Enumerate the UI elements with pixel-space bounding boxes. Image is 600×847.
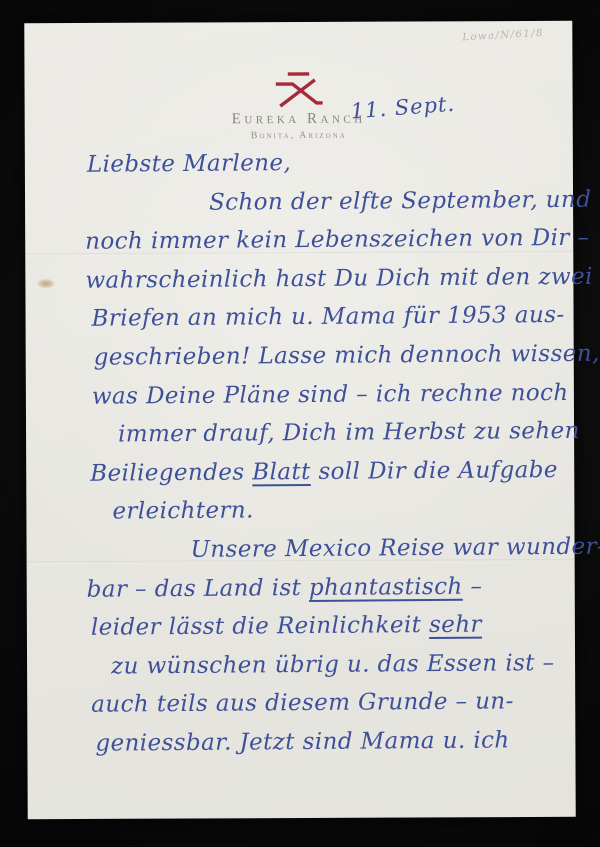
handwritten-line: geniessbar. Jetzt sind Mama u. ich	[61, 721, 573, 764]
underlined-word: sehr	[429, 612, 482, 638]
letterhead-location: Bonita, Arizona	[25, 128, 573, 143]
handwritten-line: Liebste Marlene,	[59, 142, 571, 185]
handwritten-line: geschrieben! Lasse mich dennoch wissen,	[60, 335, 572, 378]
line-text: Beiliegendes	[90, 459, 252, 486]
handwritten-line: was Deine Pläne sind – ich rechne noch	[60, 373, 572, 416]
line-text: geschrieben! Lasse mich dennoch wissen,	[94, 341, 600, 371]
line-text: Briefen an mich u. Mama für 1953 aus-	[91, 302, 564, 332]
line-text: –	[463, 573, 483, 599]
handwritten-line: leider lässt die Reinlichkeit sehr	[61, 605, 573, 648]
underlined-word: Blatt	[252, 459, 311, 485]
line-text: zu wünschen übrig u. das Essen ist –	[111, 650, 555, 679]
handwritten-line: noch immer kein Lebenszeichen von Dir –	[59, 219, 571, 262]
handwritten-line: auch teils aus diesem Grunde – un-	[61, 682, 573, 725]
handwritten-line: immer drauf, Dich im Herbst zu sehen	[60, 412, 572, 455]
handwritten-line: zu wünschen übrig u. das Essen ist –	[61, 644, 573, 687]
letterhead: Eureka Ranch Bonita, Arizona	[24, 69, 572, 143]
archival-pencil-note: Lowa/N/61/8	[462, 28, 544, 44]
line-text: geniessbar. Jetzt sind Mama u. ich	[95, 727, 509, 756]
line-text: immer drauf, Dich im Herbst zu sehen	[118, 418, 580, 448]
line-text: auch teils aus diesem Grunde – un-	[91, 689, 514, 718]
handwritten-line: Unsere Mexico Reise war wunder-	[60, 528, 572, 571]
letter-lines: Liebste Marlene,Schon der elfte Septembe…	[59, 143, 574, 763]
line-text: wahrscheinlich hast Du Dich mit den zwei	[85, 264, 593, 294]
line-text: noch immer kein Lebenszeichen von Dir –	[85, 225, 589, 255]
line-text: erleichtern.	[112, 498, 254, 525]
handwritten-line: Beiliegendes Blatt soll Dir die Aufgabe	[60, 451, 572, 494]
handwritten-line: wahrscheinlich hast Du Dich mit den zwei	[59, 258, 571, 301]
letterhead-name: Eureka Ranch	[25, 111, 573, 128]
handwritten-line: Schon der elfte September, und	[59, 181, 571, 224]
line-text: bar – das Land ist	[87, 575, 309, 603]
line-text: Liebste Marlene,	[87, 150, 291, 178]
line-text: Schon der elfte September, und	[209, 186, 591, 215]
paper-stain	[37, 279, 54, 288]
letter-paper: Lowa/N/61/8 Eureka Ranch Bonita, Arizona…	[24, 21, 575, 819]
line-text: was Deine Pläne sind – ich rechne noch	[92, 380, 569, 410]
handwritten-line: bar – das Land ist phantastisch –	[61, 566, 573, 609]
bar-x-cattle-brand-icon	[274, 70, 322, 108]
underlined-word: phantastisch	[309, 573, 463, 600]
line-text: leider lässt die Reinlichkeit	[91, 612, 429, 641]
line-text: soll Dir die Aufgabe	[311, 457, 558, 485]
handwritten-line: erleichtern.	[60, 489, 572, 532]
line-text: Unsere Mexico Reise war wunder-	[190, 534, 600, 563]
handwritten-line: Briefen an mich u. Mama für 1953 aus-	[59, 296, 571, 339]
